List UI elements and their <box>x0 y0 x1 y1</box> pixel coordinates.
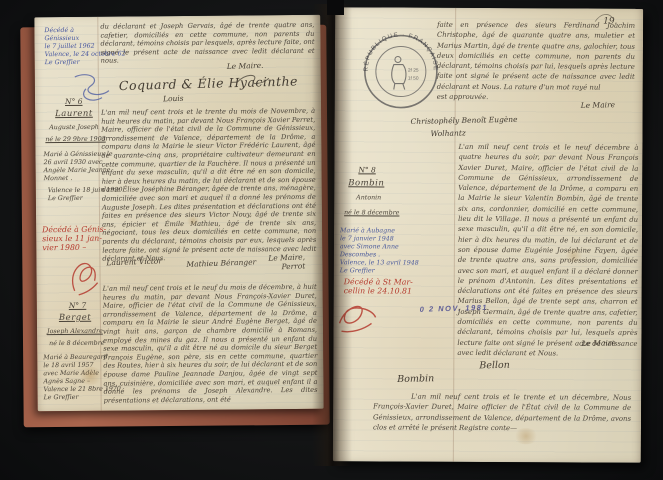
act7-birthdate: né le 8 décembre <box>49 340 104 348</box>
act7-firstnames: Joseph Alexandre <box>47 328 103 336</box>
signature-christophe: Christophély Benoît Eugène <box>411 115 518 126</box>
act8-signature-bellon: Bellon <box>479 360 510 372</box>
act-heading-coquard: Coquard & Élie Hyacinthe <box>119 73 298 93</box>
act6-number: N° 6 <box>65 97 83 106</box>
act7-number: N° 7 <box>69 301 87 310</box>
maire-label-right: Le Maire <box>581 100 616 110</box>
stamp-value-bottom: 1f 50 <box>408 76 419 82</box>
svg-text:RÉPUBLIQUE · FRANÇAISE: RÉPUBLIQUE · FRANÇAISE <box>363 31 439 72</box>
act6-firstnames: Auguste Joseph <box>49 124 99 132</box>
act6-signature-mathieu: Mathieu Béranger <box>186 257 256 268</box>
act6-birthdate: né le 29 9bre 1903 <box>45 136 105 145</box>
act8-signature-bombin: Bombin <box>397 373 434 385</box>
act8-maire-label: Le Maire <box>581 338 616 348</box>
act8-surname: Bombin <box>348 178 384 188</box>
scanned-register-photo: Décédé à Génissieux le 7 juillet 1962 Va… <box>0 0 663 480</box>
previous-act-ending-text-right: faite en présence des sieurs Ferdinand J… <box>437 20 635 103</box>
right-page: 19. RÉPUBLIQUE · FRANÇAISE 2f 25 1f 50 f… <box>333 7 643 463</box>
left-page: Décédé à Génissieux le 7 juillet 1962 Va… <box>34 15 323 411</box>
binding-tab <box>327 0 344 15</box>
maire-label: Le Maire. <box>227 61 264 71</box>
act8-marriage-note: Marié à Aubagne le 7 janvier 1948 avec S… <box>340 227 450 276</box>
act8-body-text: L'an mil neuf cent trois et le neuf déce… <box>457 142 638 359</box>
act6-body-text: L'an mil neuf cent trois et le trente du… <box>101 107 316 264</box>
stamp-ring-text: RÉPUBLIQUE · FRANÇAISE <box>363 31 439 72</box>
act8-firstnames: Antonin <box>356 194 381 202</box>
register-closing-text: L'an mil neuf cent trois et le trente et… <box>373 391 631 434</box>
act7-body-text: L'an mil neuf cent trois et le neuf du m… <box>103 283 318 405</box>
act6-surname: Laurent <box>55 109 93 119</box>
stamp-value-top: 2f 25 <box>408 68 419 74</box>
red-paraph-right-icon <box>335 299 379 337</box>
act6-signature-maire: Le Maire, Perrot <box>268 252 305 271</box>
signature-wolhantz: Wolhantz <box>430 128 465 138</box>
act6-signature-laurent: Laurent Victor <box>106 256 162 267</box>
red-paraph-icon <box>64 255 104 299</box>
act7-surname: Berget <box>59 313 91 323</box>
act-heading-sub: Louis <box>163 94 184 104</box>
previous-act-ending-text: du déclarant et Joseph Gervais, âgé de t… <box>100 21 314 66</box>
fiscal-stamp: RÉPUBLIQUE · FRANÇAISE 2f 25 1f 50 <box>361 31 441 111</box>
act8-number: N° 8 <box>358 165 376 174</box>
act8-birthdate: né le 8 décembre <box>344 209 399 217</box>
act8-death-annotation-red: Décédé à St Mar- cellin le 24.10.81 <box>344 277 452 296</box>
